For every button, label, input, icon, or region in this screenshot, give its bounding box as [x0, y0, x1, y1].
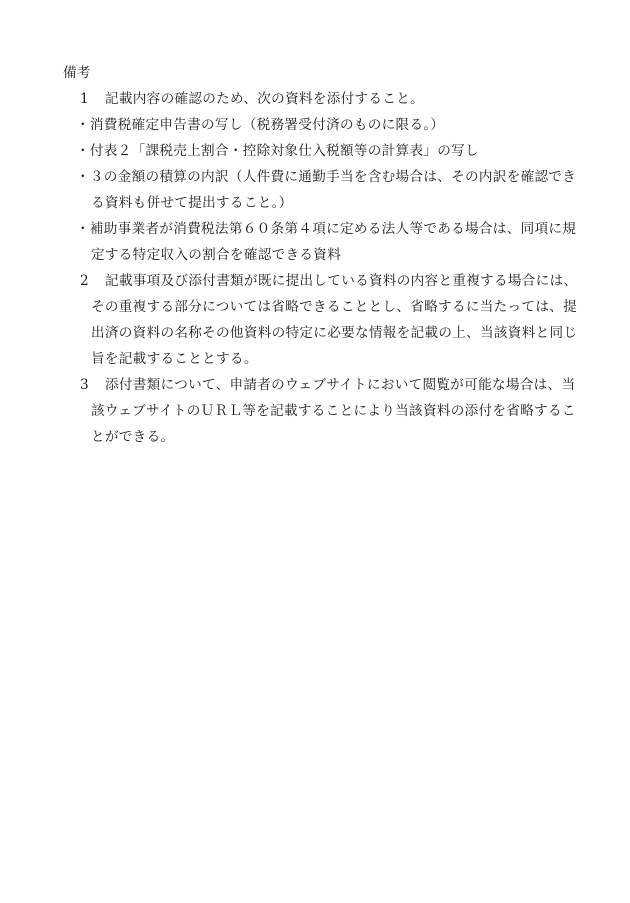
- bullet-3-line-2: る資料も併せて提出すること。）: [91, 194, 293, 212]
- item-1-number: 1: [80, 90, 89, 108]
- item-3-line-3: とができる。: [91, 428, 174, 446]
- item-2-line-2: その重複する部分については省略できることとし、省略するに当たっては、提: [91, 298, 577, 316]
- item-3-line-1: 添付書類について、申請者のウェブサイトにおいて閲覧が可能な場合は、当: [105, 376, 575, 394]
- bullet-4-line-2: 定する特定収入の割合を確認できる資料: [91, 246, 341, 264]
- item-2-line-3: 出済の資料の名称その他資料の特定に必要な情報を記載の上、当該資料と同じ: [91, 324, 577, 342]
- item-3-number: 3: [80, 376, 89, 394]
- remarks-heading: 備考: [63, 64, 91, 82]
- document-page: 備考 1 記載内容の確認のため、次の資料を添付すること。 ・消費税確定申告書の写…: [0, 0, 630, 903]
- item-3-line-2: 該ウェブサイトのＵＲＬ等を記載することにより当該資料の添付を省略するこ: [91, 402, 576, 420]
- bullet-4-line-1: ・補助事業者が消費税法第６０条第４項に定める法人等である場合は、同項に規: [76, 220, 576, 238]
- bullet-2-line-1: ・付表２「課税売上割合・控除対象仕入税額等の計算表」の写し: [76, 142, 479, 160]
- item-2-line-1: 記載事項及び添付書類が既に提出している資料の内容と重複する場合には、: [105, 272, 577, 290]
- bullet-1-line-1: ・消費税確定申告書の写し（税務署受付済のものに限る。）: [76, 116, 444, 134]
- item-2-line-4: 旨を記載することとする。: [91, 350, 258, 368]
- item-2-number: 2: [80, 272, 89, 290]
- item-1-text: 記載内容の確認のため、次の資料を添付すること。: [105, 90, 424, 108]
- bullet-3-line-1: ・３の金額の積算の内訳（人件費に通勤手当を含む場合は、その内訳を確認でき: [76, 168, 576, 186]
